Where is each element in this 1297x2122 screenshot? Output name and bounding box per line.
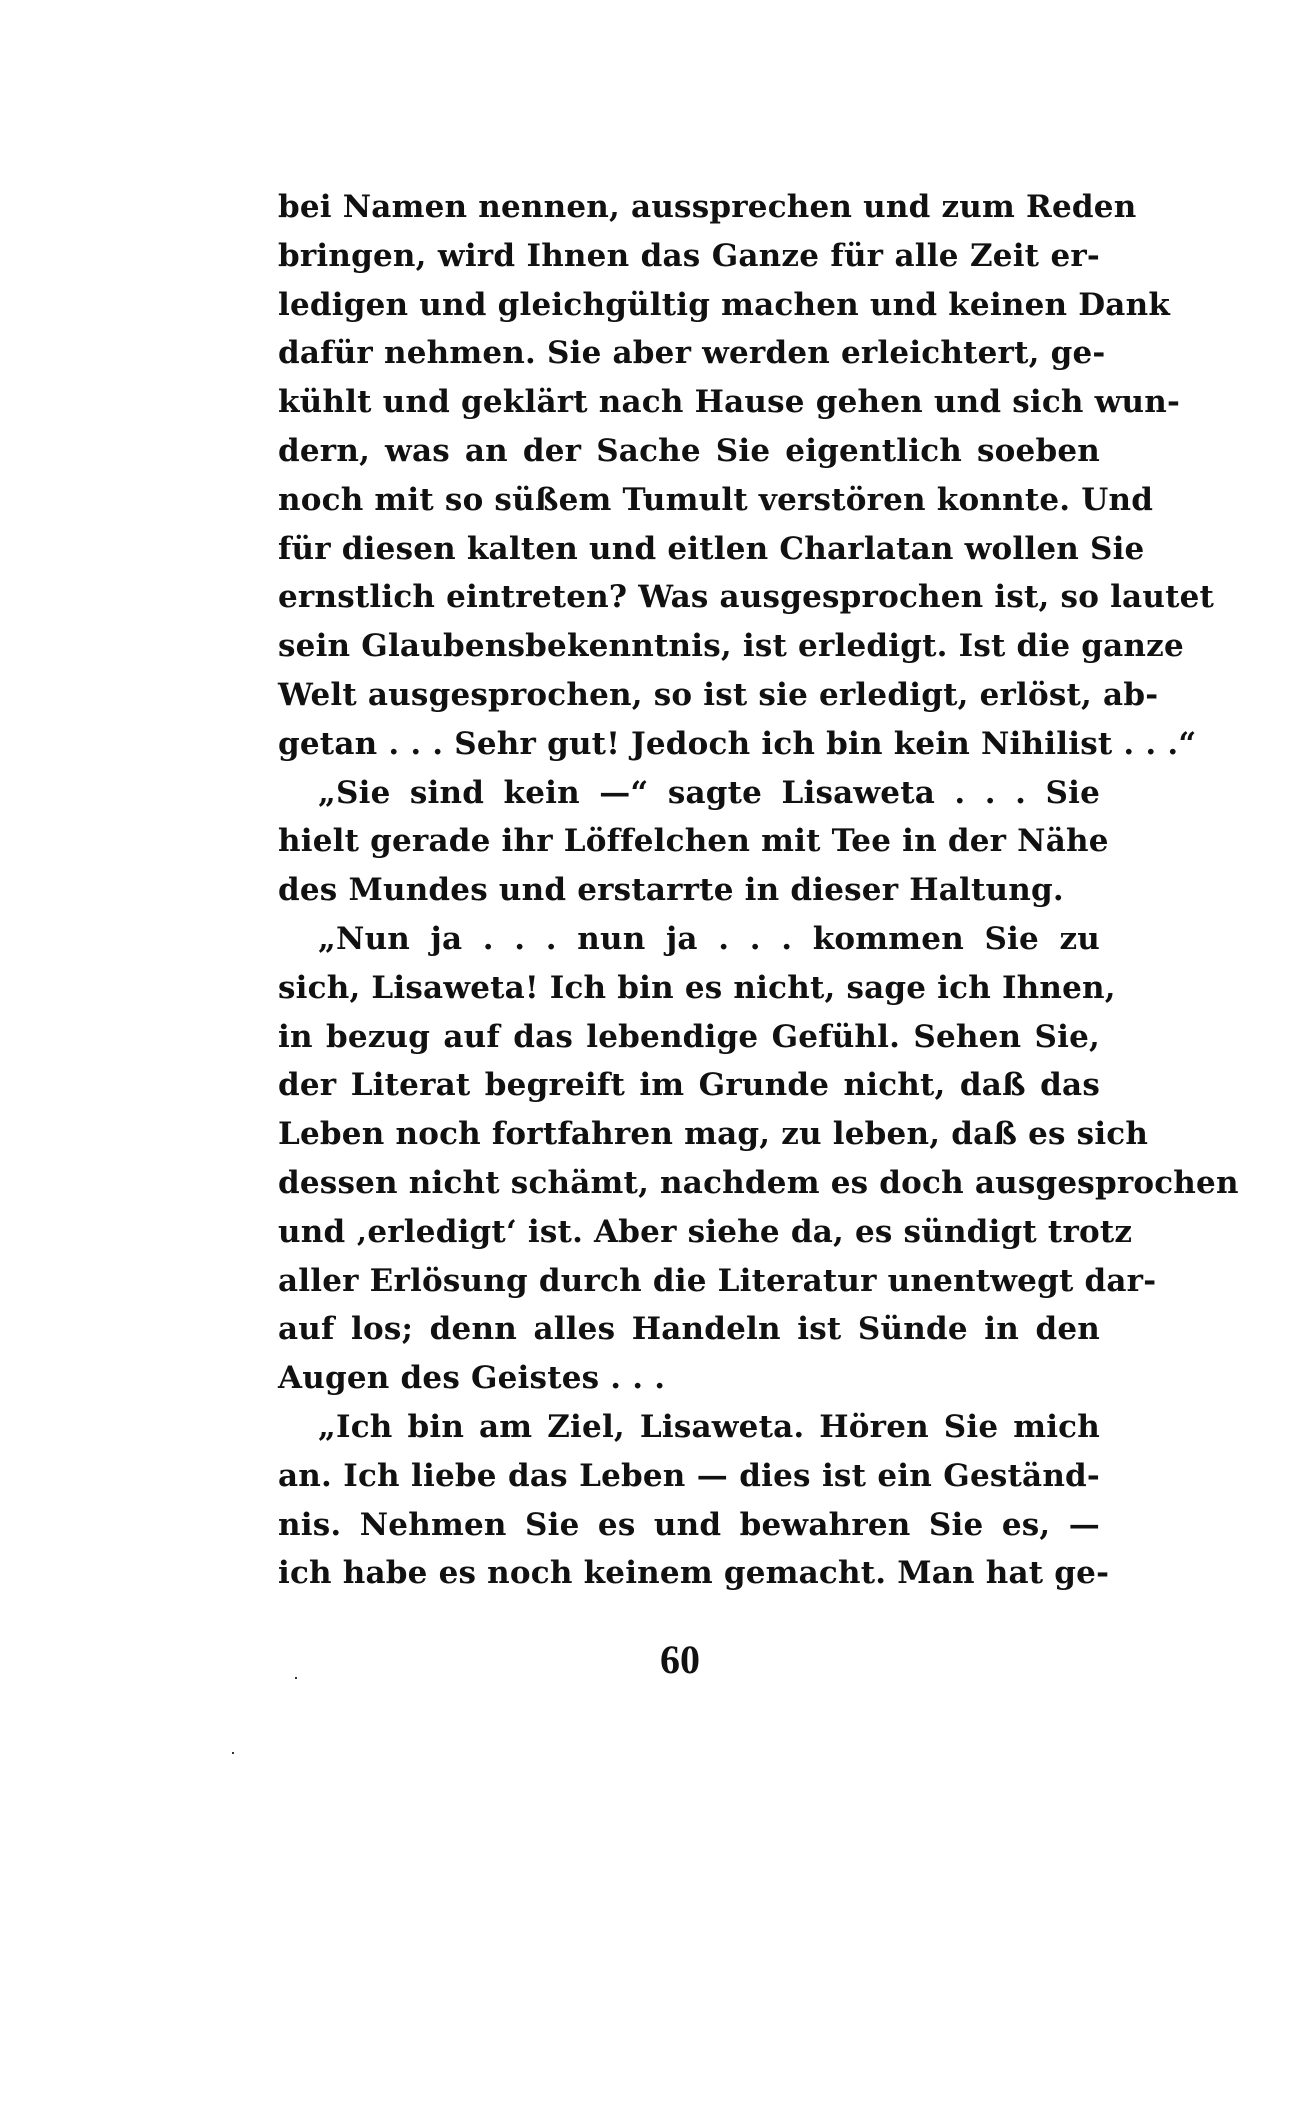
text-line: getan . . . Sehr gut! Jedoch ich bin kei… bbox=[278, 720, 1100, 769]
text-line: dern, was an der Sache Sie eigentlich so… bbox=[278, 427, 1100, 476]
text-line: Leben noch fortfahren mag, zu leben, daß… bbox=[278, 1110, 1100, 1159]
text-line: hielt gerade ihr Löffelchen mit Tee in d… bbox=[278, 817, 1100, 866]
scan-speck bbox=[232, 1752, 234, 1754]
body-text: bei Namen nennen, aussprechen und zum Re… bbox=[278, 183, 1100, 1598]
text-line: auf los; denn alles Handeln ist Sünde in… bbox=[278, 1305, 1100, 1354]
text-line: dafür nehmen. Sie aber werden erleichter… bbox=[278, 329, 1100, 378]
paragraph-end-line: des Mundes und erstarrte in dieser Haltu… bbox=[278, 866, 1100, 915]
text-line: für diesen kalten und eitlen Charlatan w… bbox=[278, 525, 1100, 574]
page-number: 60 bbox=[640, 1636, 720, 1683]
text-line: der Literat begreift im Grunde nicht, da… bbox=[278, 1061, 1100, 1110]
paragraph-end-line: Augen des Geistes . . . bbox=[278, 1354, 1100, 1403]
text-line: kühlt und geklärt nach Hause gehen und s… bbox=[278, 378, 1100, 427]
text-line: in bezug auf das lebendige Gefühl. Sehen… bbox=[278, 1013, 1100, 1062]
text-line: bringen, wird Ihnen das Ganze für alle Z… bbox=[278, 232, 1100, 281]
text-line: sich, Lisaweta! Ich bin es nicht, sage i… bbox=[278, 964, 1100, 1013]
text-line: Welt ausgesprochen, so ist sie erledigt,… bbox=[278, 671, 1100, 720]
text-line: ledigen und gleichgültig machen und kein… bbox=[278, 281, 1100, 330]
text-line: dessen nicht schämt, nachdem es doch aus… bbox=[278, 1159, 1100, 1208]
text-line: bei Namen nennen, aussprechen und zum Re… bbox=[278, 183, 1100, 232]
text-line: ernstlich eintreten? Was ausgesprochen i… bbox=[278, 573, 1100, 622]
text-line: nis. Nehmen Sie es und bewahren Sie es, … bbox=[278, 1501, 1100, 1550]
scan-speck bbox=[295, 1677, 297, 1679]
paragraph-start-line: „Ich bin am Ziel, Lisaweta. Hören Sie mi… bbox=[278, 1403, 1100, 1452]
text-line: sein Glaubensbekenntnis, ist erledigt. I… bbox=[278, 622, 1100, 671]
book-page: bei Namen nennen, aussprechen und zum Re… bbox=[0, 0, 1297, 2122]
text-line: ich habe es noch keinem gemacht. Man hat… bbox=[278, 1549, 1100, 1598]
paragraph-start-line: „Sie sind kein —“ sagte Lisaweta . . . S… bbox=[278, 769, 1100, 818]
text-line: noch mit so süßem Tumult verstören konnt… bbox=[278, 476, 1100, 525]
text-line: und ‚erledigt‘ ist. Aber siehe da, es sü… bbox=[278, 1208, 1100, 1257]
text-line: an. Ich liebe das Leben — dies ist ein G… bbox=[278, 1452, 1100, 1501]
paragraph-start-line: „Nun ja . . . nun ja . . . kommen Sie zu bbox=[278, 915, 1100, 964]
text-line: aller Erlösung durch die Literatur unent… bbox=[278, 1257, 1100, 1306]
